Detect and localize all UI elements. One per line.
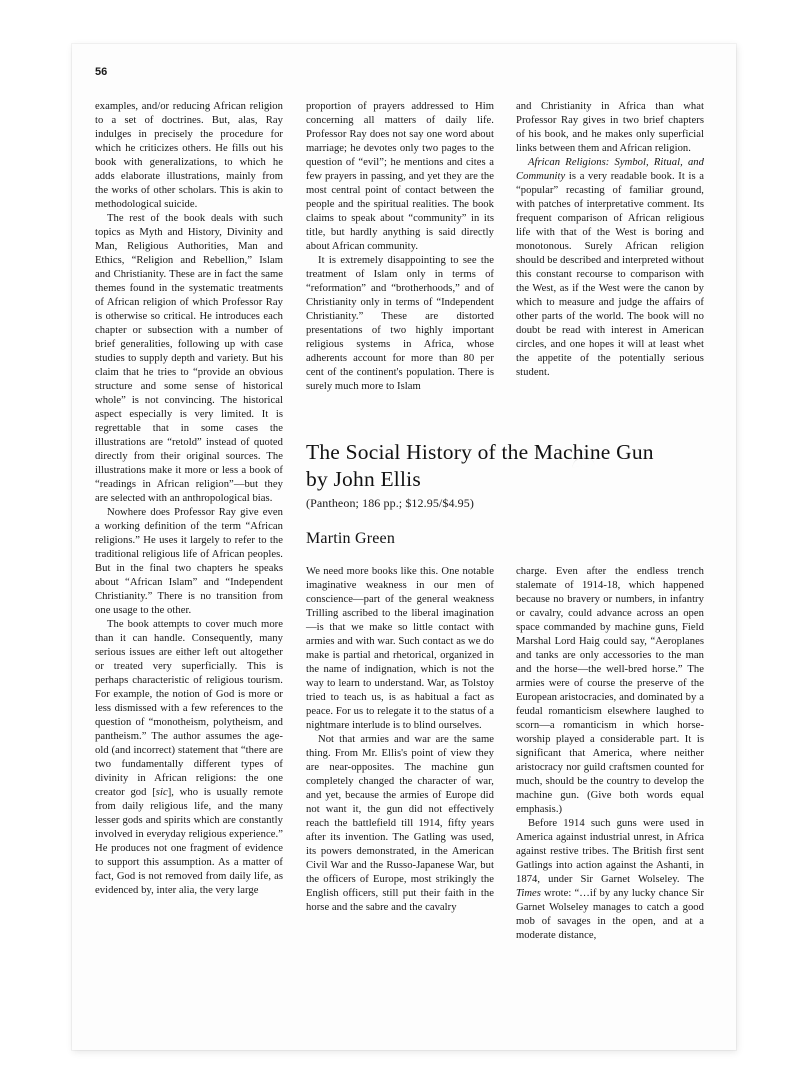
column-middle-bottom: We need more books like this. One notabl… — [306, 565, 494, 943]
paragraph: examples, and/or reducing African religi… — [95, 100, 283, 212]
italic-text-segment: sic — [156, 787, 168, 798]
text-segment: examples, and/or reducing African religi… — [95, 101, 283, 210]
text-segment: The rest of the book deals with such top… — [95, 213, 283, 504]
text-segment: wrote: “…if by any lucky chance Sir Garn… — [516, 888, 704, 941]
text-segment: Before 1914 such guns were used in Ameri… — [516, 818, 704, 885]
paragraph: We need more books like this. One notabl… — [306, 565, 494, 733]
text-segment: Not that armies and war are the same thi… — [306, 734, 494, 913]
page-number: 56 — [95, 66, 107, 78]
paragraph: proportion of prayers addressed to Him c… — [306, 100, 494, 254]
paragraph: and Christianity in Africa than what Pro… — [516, 100, 704, 156]
italic-text-segment: Times — [516, 888, 541, 899]
column-left: examples, and/or reducing African religi… — [95, 100, 283, 943]
paragraph: African Religions: Symbol, Ritual, and C… — [516, 156, 704, 380]
review-header: The Social History of the Machine Gun by… — [306, 439, 704, 548]
review-title: The Social History of the Machine Gun by… — [306, 439, 704, 493]
text-segment: It is extremely disappointing to see the… — [306, 255, 494, 392]
text-segment: charge. Even after the endless trench st… — [516, 566, 704, 815]
paragraph: The book attempts to cover much more tha… — [95, 618, 283, 898]
review-title-line1: The Social History of the Machine Gun — [306, 439, 704, 466]
column-right-top: and Christianity in Africa than what Pro… — [516, 100, 704, 394]
scanned-page: 56 examples, and/or reducing African rel… — [72, 44, 736, 1050]
review-title-line2: by John Ellis — [306, 466, 704, 493]
reviewer-name: Martin Green — [306, 530, 704, 548]
paragraph: Not that armies and war are the same thi… — [306, 733, 494, 915]
text-segment: Nowhere does Professor Ray give even a w… — [95, 507, 283, 616]
text-segment: We need more books like this. One notabl… — [306, 566, 494, 731]
paragraph: It is extremely disappointing to see the… — [306, 254, 494, 394]
text-segment: proportion of prayers addressed to Him c… — [306, 101, 494, 252]
paragraph: Before 1914 such guns were used in Ameri… — [516, 817, 704, 943]
paragraph: The rest of the book deals with such top… — [95, 212, 283, 506]
text-segment: The book attempts to cover much more tha… — [95, 619, 283, 798]
text-segment: is a very readable book. It is a “popula… — [516, 171, 704, 378]
text-segment: and Christianity in Africa than what Pro… — [516, 101, 704, 154]
paragraph: Nowhere does Professor Ray give even a w… — [95, 506, 283, 618]
right-area: proportion of prayers addressed to Him c… — [306, 100, 704, 943]
three-column-layout: examples, and/or reducing African religi… — [95, 100, 704, 943]
review-columns: We need more books like this. One notabl… — [306, 565, 704, 943]
paragraph: charge. Even after the endless trench st… — [516, 565, 704, 817]
review-imprint: (Pantheon; 186 pp.; $12.95/$4.95) — [306, 496, 704, 511]
text-segment: ], who is usually remote from daily reli… — [95, 787, 283, 896]
column-right-bottom: charge. Even after the endless trench st… — [516, 565, 704, 943]
continuation-columns: proportion of prayers addressed to Him c… — [306, 100, 704, 394]
column-middle-top: proportion of prayers addressed to Him c… — [306, 100, 494, 394]
